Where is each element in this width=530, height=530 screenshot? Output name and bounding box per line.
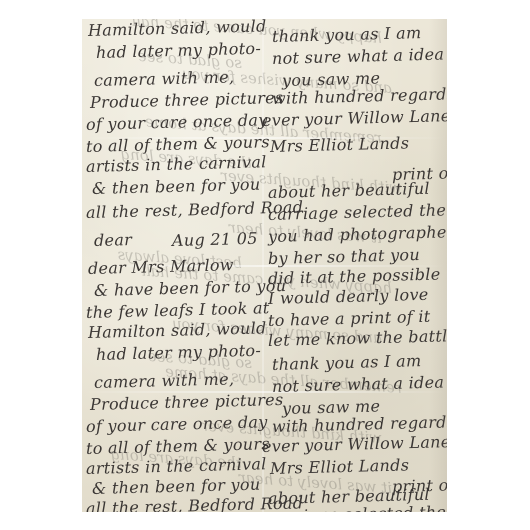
edge-shadow <box>429 19 447 512</box>
handwriting-line: Mrs Elliot Lands <box>270 133 410 156</box>
handwriting-line: carriage selected the <box>268 200 447 224</box>
handwriting-right-column: thank you as I am not sure what a idea y… <box>82 19 447 512</box>
handwriting-line: let me know the battle <box>268 326 447 350</box>
handwriting-line: not sure what a idea <box>272 372 445 396</box>
handwriting-line: Mrs Elliot Lands <box>270 455 410 478</box>
handwriting-line: ever your Willow Lane <box>262 432 447 456</box>
handwriting-line: you had photographed <box>268 222 447 246</box>
handwriting-line: by her so that you <box>268 245 420 268</box>
handwriting-line: about her beautiful <box>268 179 430 202</box>
handwriting-line: ever your Willow Lane <box>262 106 447 130</box>
handwriting-line: thank you as I am <box>272 23 422 46</box>
handwriting-line: with hundred regards <box>272 84 447 108</box>
handwriting-line: not sure what a idea <box>272 44 445 68</box>
tablecloth-paper: happy when you came to the hall and so m… <box>82 19 447 512</box>
handwriting-line: I would dearly love <box>268 285 429 308</box>
handwriting-line: thank you as I am <box>272 351 422 374</box>
